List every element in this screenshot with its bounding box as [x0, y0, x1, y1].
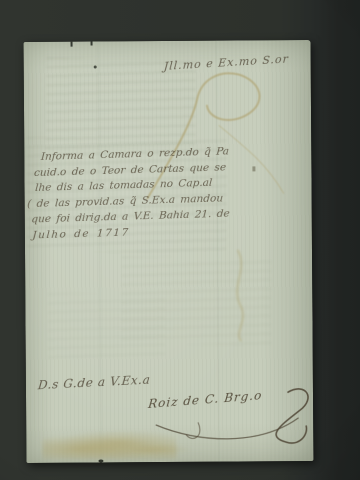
- ink-speck: [94, 65, 97, 68]
- ink-speck: [98, 459, 103, 462]
- edge-mark: [91, 42, 93, 46]
- edge-mark: [71, 42, 73, 47]
- signature-text: Roiz de C. Brg.o: [148, 388, 264, 411]
- stain: [122, 443, 194, 457]
- salutation-text: Jll.mo e Ex.mo S.or: [163, 51, 314, 73]
- manuscript-page: Jll.mo e Ex.mo S.or Informa a Camara o r…: [24, 40, 314, 463]
- ink-speck: [252, 166, 255, 171]
- closing-formula-text: D.s G.de a V.Ex.a: [37, 373, 151, 393]
- letter-body: Informa a Camara o rezp.do q̃ Pa cuid.o …: [30, 144, 235, 243]
- ink-showthrough: [47, 293, 165, 361]
- photo-background: Jll.mo e Ex.mo S.or Informa a Camara o r…: [0, 0, 360, 480]
